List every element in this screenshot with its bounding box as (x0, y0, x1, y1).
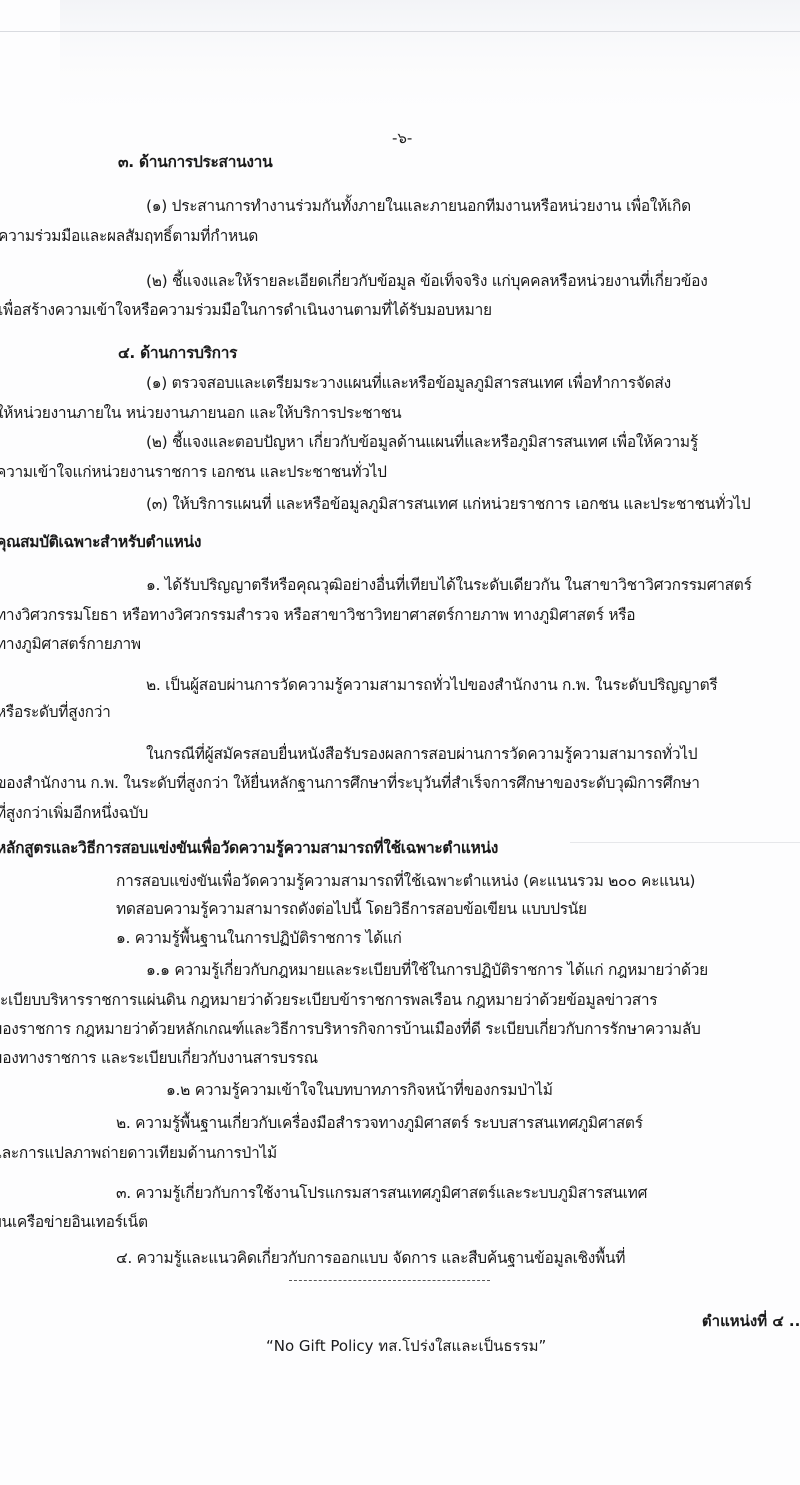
exam-topic-1-1-line-4: ของทางราชการ และระเบียบเกี่ยวกับงานสารบร… (0, 1048, 318, 1068)
exam-topic-2-line-1: ๒. ความรู้พื้นฐานเกี่ยวกับเครื่องมือสำรว… (116, 1113, 643, 1133)
exam-topic-3-line-1: ๓. ความรู้เกี่ยวกับการใช้งานโปรแกรมสารสน… (116, 1183, 647, 1203)
qualification-2-line-1: ๒. เป็นผู้สอบผ่านการวัดความรู้ความสามารถ… (146, 675, 717, 695)
exam-topic-4-line-1: ๔. ความรู้และแนวคิดเกี่ยวกับการออกแบบ จั… (116, 1248, 625, 1268)
qualification-note-line-2: ของสำนักงาน ก.พ. ในระดับที่สูงกว่า ให้ยื… (0, 773, 700, 793)
qualification-1-line-3: ทางภูมิศาสตร์กายภาพ (0, 634, 141, 654)
service-item-2-line-1: (๒) ชี้แจงและตอบปัญหา เกี่ยวกับข้อมูลด้า… (146, 432, 698, 452)
exam-topic-1-heading: ๑. ความรู้พื้นฐานในการปฏิบัติราชการ ได้แ… (116, 928, 402, 948)
qualifications-heading: คุณสมบัติเฉพาะสำหรับตำแหน่ง (0, 532, 201, 552)
end-divider (289, 1280, 490, 1281)
no-gift-policy-slogan: “No Gift Policy ทส.โปร่งใสและเป็นธรรม” (266, 1336, 546, 1356)
service-heading: ๔. ด้านการบริการ (118, 343, 237, 363)
qualification-note-line-3: ที่สูงกว่าเพิ่มอีกหนึ่งฉบับ (0, 803, 148, 823)
exam-topic-3-line-2: บนเครือข่ายอินเทอร์เน็ต (0, 1212, 148, 1232)
service-item-2-line-2: ความเข้าใจแก่หน่วยงานราชการ เอกชน และประ… (0, 462, 387, 482)
qualification-1-line-2: ทางวิศวกรรมโยธา หรือทางวิศวกรรมสำรวจ หรื… (0, 605, 635, 625)
exam-topic-1-1-line-2: ระเบียบบริหารราชการแผ่นดิน กฎหมายว่าด้วย… (0, 990, 657, 1010)
exam-heading: หลักสูตรและวิธีการสอบแข่งขันเพื่อวัดความ… (0, 838, 498, 858)
coordination-item-2-line-1: (๒) ชี้แจงและให้รายละเอียดเกี่ยวกับข้อมู… (146, 271, 707, 291)
exam-intro-line-2: ทดสอบความรู้ความสามารถดังต่อไปนี้ โดยวิธ… (116, 899, 587, 919)
document-page: -๖- ๓. ด้านการประสานงาน (๑) ประสานการทำง… (0, 0, 800, 1485)
qualification-1-line-1: ๑. ได้รับปริญญาตรีหรือคุณวุฒิอย่างอื่นที… (146, 575, 752, 595)
qualification-2-line-2: หรือระดับที่สูงกว่า (0, 702, 111, 722)
service-item-1-line-2: ให้หน่วยงานภายใน หน่วยงานภายนอก และให้บร… (0, 403, 401, 423)
exam-intro-line-1: การสอบแข่งขันเพื่อวัดความรู้ความสามารถที… (116, 871, 695, 891)
coordination-heading: ๓. ด้านการประสานงาน (118, 152, 272, 172)
qualification-note-line-1: ในกรณีที่ผู้สมัครสอบยื่นหนังสือรับรองผลก… (146, 744, 697, 764)
scan-edge-line (0, 31, 800, 32)
page-number: -๖- (392, 128, 412, 148)
exam-topic-1-2-line-1: ๑.๒ ความรู้ความเข้าใจในบทบาทภารกิจหน้าที… (166, 1080, 553, 1100)
coordination-item-1-line-2: ความร่วมมือและผลสัมฤทธิ์ตามที่กำหนด (0, 226, 258, 246)
coordination-item-2-line-2: เพื่อสร้างความเข้าใจหรือความร่วมมือในการ… (0, 300, 492, 320)
scan-bleed-through (60, 0, 800, 110)
service-item-1-line-1: (๑) ตรวจสอบและเตรียมระวางแผนที่และหรือข้… (146, 373, 671, 393)
exam-topic-2-line-2: และการแปลภาพถ่ายดาวเทียมด้านการป่าไม้ (0, 1143, 277, 1163)
exam-topic-1-1-line-1: ๑.๑ ความรู้เกี่ยวกับกฎหมายและระเบียบที่ใ… (146, 960, 708, 980)
scan-faint-rule (570, 842, 800, 843)
exam-topic-1-1-line-3: ของราชการ กฎหมายว่าด้วยหลักเกณฑ์และวิธีก… (0, 1019, 701, 1039)
next-position-label: ตำแหน่งที่ ๔ ... (702, 1311, 800, 1331)
coordination-item-1-line-1: (๑) ประสานการทำงานร่วมกันทั้งภายในและภาย… (146, 196, 691, 216)
service-item-3-line-1: (๓) ให้บริการแผนที่ และหรือข้อมูลภูมิสาร… (146, 494, 750, 514)
